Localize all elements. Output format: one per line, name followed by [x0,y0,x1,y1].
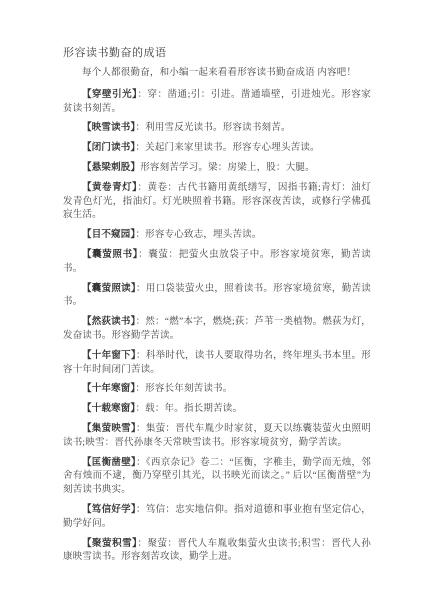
idiom-definition: ：形容专心致志，埋头苦读。 [135,230,261,240]
idiom-term: 【聚萤积雪】 [82,539,137,549]
idiom-term: 【然荻读书】 [82,317,136,327]
idiom-entry: 【映雪读书】：利用雪反光读书。形容读书刻苦。 [63,122,371,136]
idiom-term: 【集萤映雪】 [82,424,136,434]
idiom-term: 【目不窥园】 [82,230,135,240]
idiom-entry: 【黄卷青灯】：黄卷：古代书籍用黄纸缮写，因指书籍;青灯：油灯发青色灯光，指油灯。… [63,182,371,223]
idiom-entry: 【囊萤照书】：囊萤：把萤火虫放袋子中。形容家境贫寒，勤苦读书。 [63,249,371,277]
idiom-entry: 【集萤映雪】：集萤：晋代车胤少时家贫，夏天以练囊装萤火虫照明读书;映雪：晋代孙康… [63,423,371,451]
idiom-entry: 【然荻读书】：然：“燃”本字，燃烧;荻：芦苇一类植物。燃荻为灯，发奋读书。形容勤… [63,316,371,344]
idiom-definition: 形容刻苦学习。梁：房梁上，股：大腿。 [140,163,315,173]
idiom-definition: ：利用雪反光读书。形容读书刻苦。 [135,123,290,133]
idiom-entry: 【匡衡凿壁】：《西京杂记》卷二：“匡衡，字稚圭，勤学而无烛，邻舍有烛而不逮，衡乃… [63,457,371,498]
idiom-definition: ：形容长年刻苦读书。 [135,384,232,394]
idiom-term: 【映雪读书】 [82,123,135,133]
idiom-term: 【悬梁刺股】 [82,163,140,173]
idiom-entry: 【穿壁引光】：穿：凿通;引：引进。凿通墙壁，引进烛光。形容家贫读书刻苦。 [63,89,371,117]
idiom-entry: 【十年窗下】：科举时代，读书人要取得功名，终年埋头书本里。形容十年时间闭门苦读。 [63,350,371,378]
idiom-definition: ：关起门来家里读书。形容专心埋头苦读。 [135,143,319,153]
idiom-entry: 【十年寒窗】：形容长年刻苦读书。 [63,383,371,397]
idiom-term: 【黄卷青灯】 [82,183,137,193]
idiom-entry: 【悬梁刺股】形容刻苦学习。梁：房梁上，股：大腿。 [63,162,371,176]
idiom-definition: ：载：年。指长期苦读。 [135,404,242,414]
idiom-term: 【囊萤照书】 [82,250,138,260]
idiom-term: 【穿壁引光】 [82,90,137,100]
idiom-term: 【十载寒窗】 [82,404,135,414]
idiom-entry: 【囊萤照读】：用口袋装萤火虫，照着读书。形容家境贫寒，勤苦读书。 [63,283,371,311]
idiom-term: 【囊萤照读】 [82,284,136,294]
idiom-entry: 【目不窥园】：形容专心致志，埋头苦读。 [63,229,371,243]
idiom-entry: 【闭门读书】：关起门来家里读书。形容专心埋头苦读。 [63,142,371,156]
idiom-entry: 【笃信好学】：笃信：忠实地信仰。指对道德和事业抱有坚定信心，勤学好问。 [63,504,371,532]
idiom-term: 【闭门读书】 [82,143,135,153]
intro-paragraph: 每个人都很勤奋，和小编一起来看看形容读书勤奋成语 内容吧！ [63,67,371,81]
idiom-entry: 【聚萤积雪】：聚萤：晋代人车胤收集萤火虫读书;积雪：晋代人孙康映雪读书。形容刻苦… [63,538,371,566]
idiom-entry: 【十载寒窗】：载：年。指长期苦读。 [63,403,371,417]
idiom-term: 【笃信好学】 [82,505,136,515]
page-title: 形容读书勤奋的成语 [63,46,371,61]
idiom-term: 【十年窗下】 [82,351,136,361]
idiom-term: 【匡衡凿壁】 [82,458,136,468]
document-page: 形容读书勤奋的成语 每个人都很勤奋，和小编一起来看看形容读书勤奋成语 内容吧！ … [0,0,423,600]
idiom-term: 【十年寒窗】 [82,384,135,394]
